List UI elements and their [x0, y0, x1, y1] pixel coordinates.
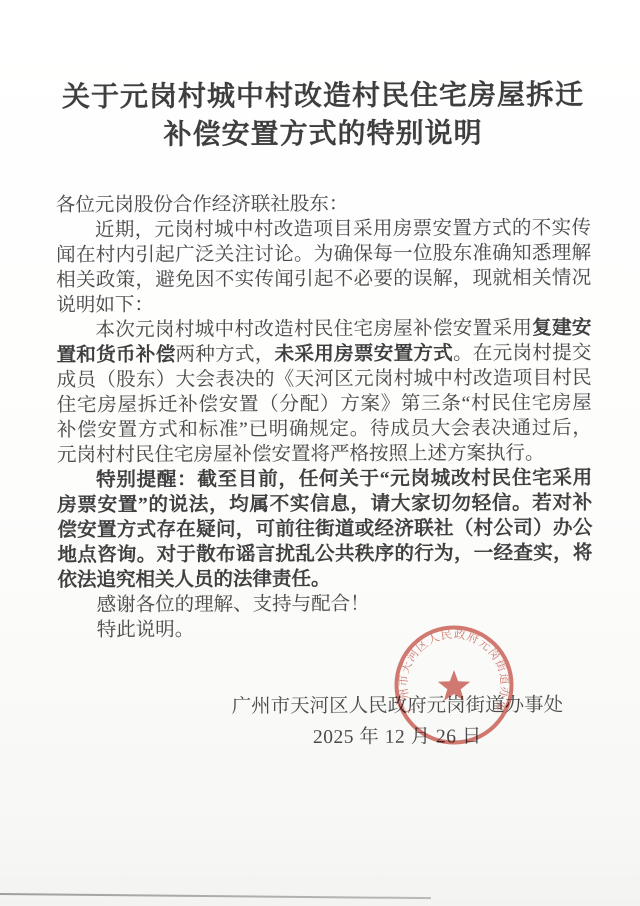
paragraph-4-thanks: 感谢各位的理解、支持与配合！	[58, 591, 593, 618]
paragraph-2-bold-no-voucher: 未采用房票安置方式	[275, 343, 454, 365]
document-content: 关于元岗村城中村改造村民住宅房屋拆迁 补偿安置方式的特别说明 各位元岗股份合作经…	[55, 0, 593, 751]
paragraph-1: 近期，元岗村城中村改造项目采用房票安置方式的不实传闻在村内引起广泛关注讨论。为确…	[56, 216, 591, 318]
document-body: 各位元岗股份合作经济联社股东： 近期，元岗村城中村改造项目采用房票安置方式的不实…	[56, 191, 593, 643]
title-line-2: 补偿安置方式的特别说明	[164, 118, 483, 150]
title-line-1: 关于元岗村城中村改造村民住宅房屋拆迁	[62, 80, 584, 113]
scan-edge-artifact	[0, 893, 431, 899]
paragraph-2-text-mid: 两种方式，	[175, 344, 274, 365]
paragraph-2: 本次元岗村城中村改造村民住宅房屋补偿安置采用复建安置和货币补偿两种方式，未采用房…	[56, 316, 592, 468]
issuing-authority: 广州市天河区人民政府元岗街道办事处	[232, 693, 564, 719]
scanned-notice-page: 关于元岗村城中村改造村民住宅房屋拆迁 补偿安置方式的特别说明 各位元岗股份合作经…	[0, 0, 640, 906]
paragraph-2-text: 本次元岗村城中村改造村民住宅房屋补偿安置采用	[95, 318, 532, 341]
signature-block: 广州市天河区人民政府元岗街道办事处 2025 年 12 月 26 日	[232, 693, 564, 750]
salutation: 各位元岗股份合作经济联社股东：	[56, 191, 591, 218]
document-title: 关于元岗村城中村改造村民住宅房屋拆迁 补偿安置方式的特别说明	[55, 77, 590, 155]
issue-date: 2025 年 12 月 26 日	[232, 724, 564, 750]
paragraph-3-special-notice: 特别提醒：截至目前，任何关于“元岗城改村民住宅采用房票安置”的说法，均属不实信息…	[57, 466, 593, 593]
paragraph-5-closing: 特此说明。	[58, 616, 593, 643]
